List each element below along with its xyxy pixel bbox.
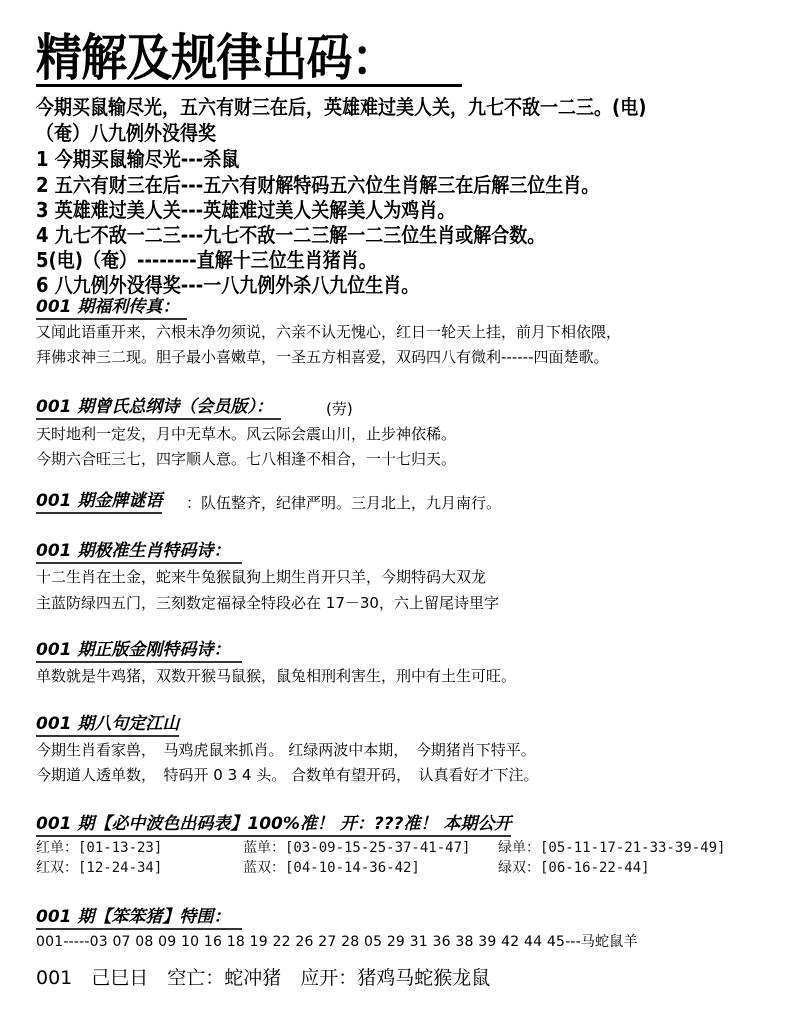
rule-item: 2 五六有财三在后---五六有财解特码五六位生肖解三在后解三位生肖。 xyxy=(36,172,599,198)
zengshi-heading-text: 001 期曾氏总纲诗（会员版）： xyxy=(36,397,273,417)
page-title: 精解及规律出码： xyxy=(36,30,397,86)
bose-blue-even: 蓝双：[04-10-14-36-42] xyxy=(243,858,420,878)
section-heading-zengshi: 001 期曾氏总纲诗（会员版）： xyxy=(36,396,281,420)
bose-green-odd: 绿单：[05-11-17-21-33-39-49] xyxy=(498,838,725,858)
bose-value: [04-10-14-36-42] xyxy=(285,860,420,876)
baju-line-1: 今期生肖看家兽， 马鸡虎鼠来抓肖。 红绿两波中本期， 今期猪肖下特平。 xyxy=(36,739,536,761)
bose-blue-odd: 蓝单：[03-09-15-25-37-41-47] xyxy=(243,838,470,858)
rule-item: 5(电)（奄）--------直解十三位生肖猪肖。 xyxy=(36,247,377,273)
bose-label: 绿双： xyxy=(498,860,540,876)
fuli-line-1: 又闻此语重开来，六根未净勿须说，六亲不认无愧心，红日一轮天上挂，前月下相依隈， xyxy=(36,321,621,343)
bose-green-even: 绿双：[06-16-22-44] xyxy=(498,858,650,878)
bose-label: 红单： xyxy=(36,840,78,856)
title-underline xyxy=(36,84,462,87)
fuli-line-2: 拜佛求神三二现。胆子最小喜嫩草，一圣五方相喜爱，双码四八有微利------四面楚… xyxy=(36,346,608,368)
jizhun-line-2: 主蓝防绿四五门，三刻数定福禄全特段必在 17－30，六上留尾诗里字 xyxy=(36,592,499,614)
section-heading-benzhu: 001 期【笨笨猪】特围： xyxy=(36,906,242,930)
zengshi-suffix: (劳) xyxy=(326,398,353,419)
bose-red-even: 红双：[12-24-34] xyxy=(36,858,162,878)
footer-line: 001 己巳日 空亡：蛇冲猪 应开：猪鸡马蛇猴龙鼠 xyxy=(36,965,490,991)
section-heading-jizhun: 001 期极准生肖特码诗： xyxy=(36,540,242,564)
section-heading-jingang: 001 期正版金刚特码诗： xyxy=(36,639,242,663)
bose-value: [01-13-23] xyxy=(78,840,162,856)
rule-item: 4 九七不敌一二三---九七不敌一二三解一二三位生肖或解合数。 xyxy=(36,222,545,248)
bose-value: [12-24-34] xyxy=(78,860,162,876)
benzhu-numbers: 001-----03 07 08 09 10 16 18 19 22 26 27… xyxy=(36,932,638,952)
rule-item: 6 八九例外没得奖---一八九例外杀八九位生肖。 xyxy=(36,272,419,298)
section-heading-jinpai: 001 期金牌谜语 xyxy=(36,490,162,514)
jinpai-text: ：队伍整齐，纪律严明。三月北上，九月南行。 xyxy=(186,492,501,513)
bose-red-odd: 红单：[01-13-23] xyxy=(36,838,162,858)
jingang-line-1: 单数就是牛鸡猪，双数开猴马鼠猴，鼠兔相刑利害生，刑中有土生可旺。 xyxy=(36,665,516,687)
section-heading-baju: 001 期八句定江山 xyxy=(36,713,179,737)
jizhun-line-1: 十二生肖在土金，蛇来牛兔猴鼠狗上期生肖开只羊，今期特码大双龙 xyxy=(36,566,486,588)
section-heading-bose: 001 期【必中波色出码表】100%准！ 开：???准！ 本期公开 xyxy=(36,813,511,837)
bose-label: 蓝单： xyxy=(243,840,285,856)
baju-line-2: 今期道人透单数， 特码开 0 3 4 头。 合数单有望开码， 认真看好才下注。 xyxy=(36,764,538,786)
zengshi-line-2: 今期六合旺三七，四字顺人意。七八相逢不相合，一十七归天。 xyxy=(36,448,456,470)
bose-value: [03-09-15-25-37-41-47] xyxy=(285,840,470,856)
section-heading-fuli: 001 期福利传真： xyxy=(36,296,187,320)
intro-line-2: （奄）八九例外没得奖 xyxy=(36,120,216,146)
bose-label: 蓝双： xyxy=(243,860,285,876)
zengshi-line-1: 天时地利一定发，月中无草木。风云际会震山川，止步神依稀。 xyxy=(36,423,456,445)
bose-value: [05-11-17-21-33-39-49] xyxy=(540,840,725,856)
bose-value: [06-16-22-44] xyxy=(540,860,650,876)
intro-line-1: 今期买鼠输尽光，五六有财三在后，英雄难过美人关，九七不敌一二三。(电) xyxy=(36,94,646,120)
rule-item: 1 今期买鼠输尽光---杀鼠 xyxy=(36,146,239,172)
rule-item: 3 英雄难过美人关---英雄难过美人关解美人为鸡肖。 xyxy=(36,197,455,223)
bose-label: 绿单： xyxy=(498,840,540,856)
bose-label: 红双： xyxy=(36,860,78,876)
